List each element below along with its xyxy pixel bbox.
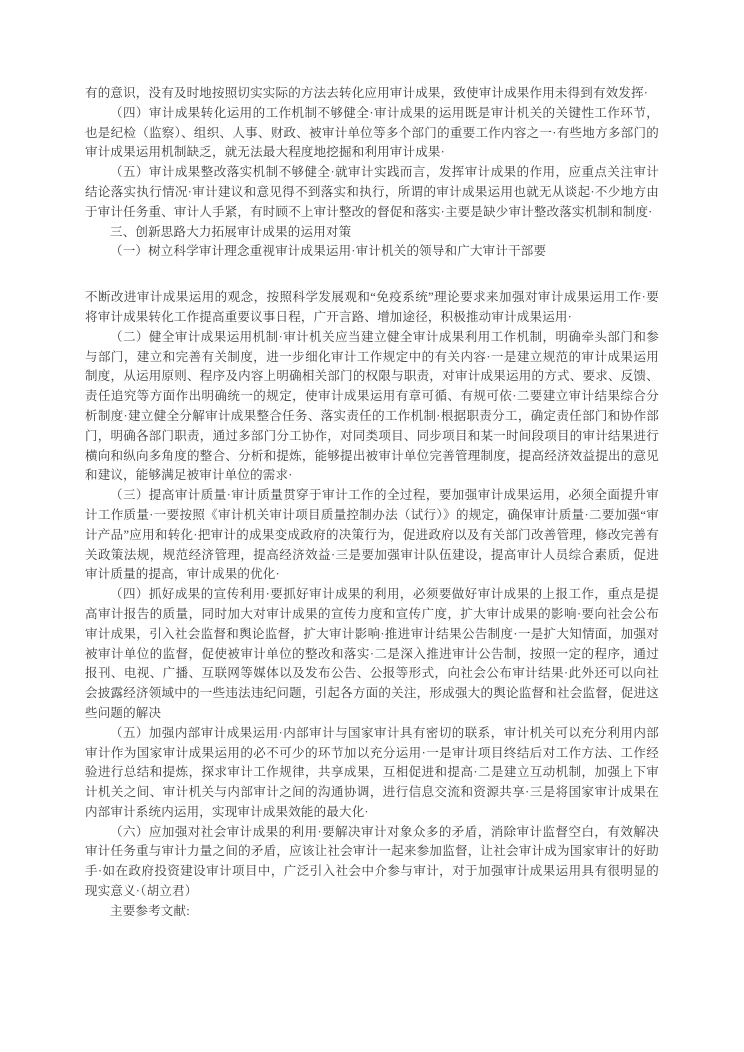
para-measure-6: （六）应加强对社会审计成果的利用·要解决审计对象众多的矛盾，消除审计监督空白，有… [85,823,659,902]
para-problem-5: （五）审计成果整改落实机制不够健全·就审计实践而言，发挥审计成果的作用，应重点关… [85,163,659,222]
para-measure-3: （三）提高审计质量·审计质量贯穿于审计工作的全过程，要加强审计成果运用，必须全面… [85,486,659,585]
para-measure-4: （四）抓好成果的宣传利用·要抓好审计成果的利用，必须要做好审计成果的上报工作，重… [85,585,659,724]
section-heading-3: 三、创新思路大力拓展审计成果的运用对策 [85,223,659,243]
para-measure-5: （五）加强内部审计成果运用·内部审计与国家审计具有密切的联系，审计机关可以充分利… [85,724,659,823]
para-measure-1-continuation: 不断改进审计成果运用的观念，按照科学发展观和“免疫系统”理论要求来加强对审计成果… [85,288,659,328]
para-problem-4: （四）审计成果转化运用的工作机制不够健全·审计成果的运用既是审计机关的关键性工作… [85,104,659,163]
document-body: 有的意识，没有及时地按照切实实际的方法去转化应用审计成果，致使审计成果作用未得到… [0,0,744,922]
para-measure-2: （二）健全审计成果运用机制·审计机关应当建立健全审计成果利用工作机制，明确牵头部… [85,328,659,486]
para-continuation-top: 有的意识，没有及时地按照切实实际的方法去转化应用审计成果，致使审计成果作用未得到… [85,84,659,104]
para-measure-1: （一）树立科学审计理念重视审计成果运用·审计机关的领导和广大审计干部要 [85,242,659,262]
document-page: 有的意识，没有及时地按照切实实际的方法去转化应用审计成果，致使审计成果作用未得到… [0,0,744,1052]
para-references-heading: 主要参考文献: [85,902,659,922]
